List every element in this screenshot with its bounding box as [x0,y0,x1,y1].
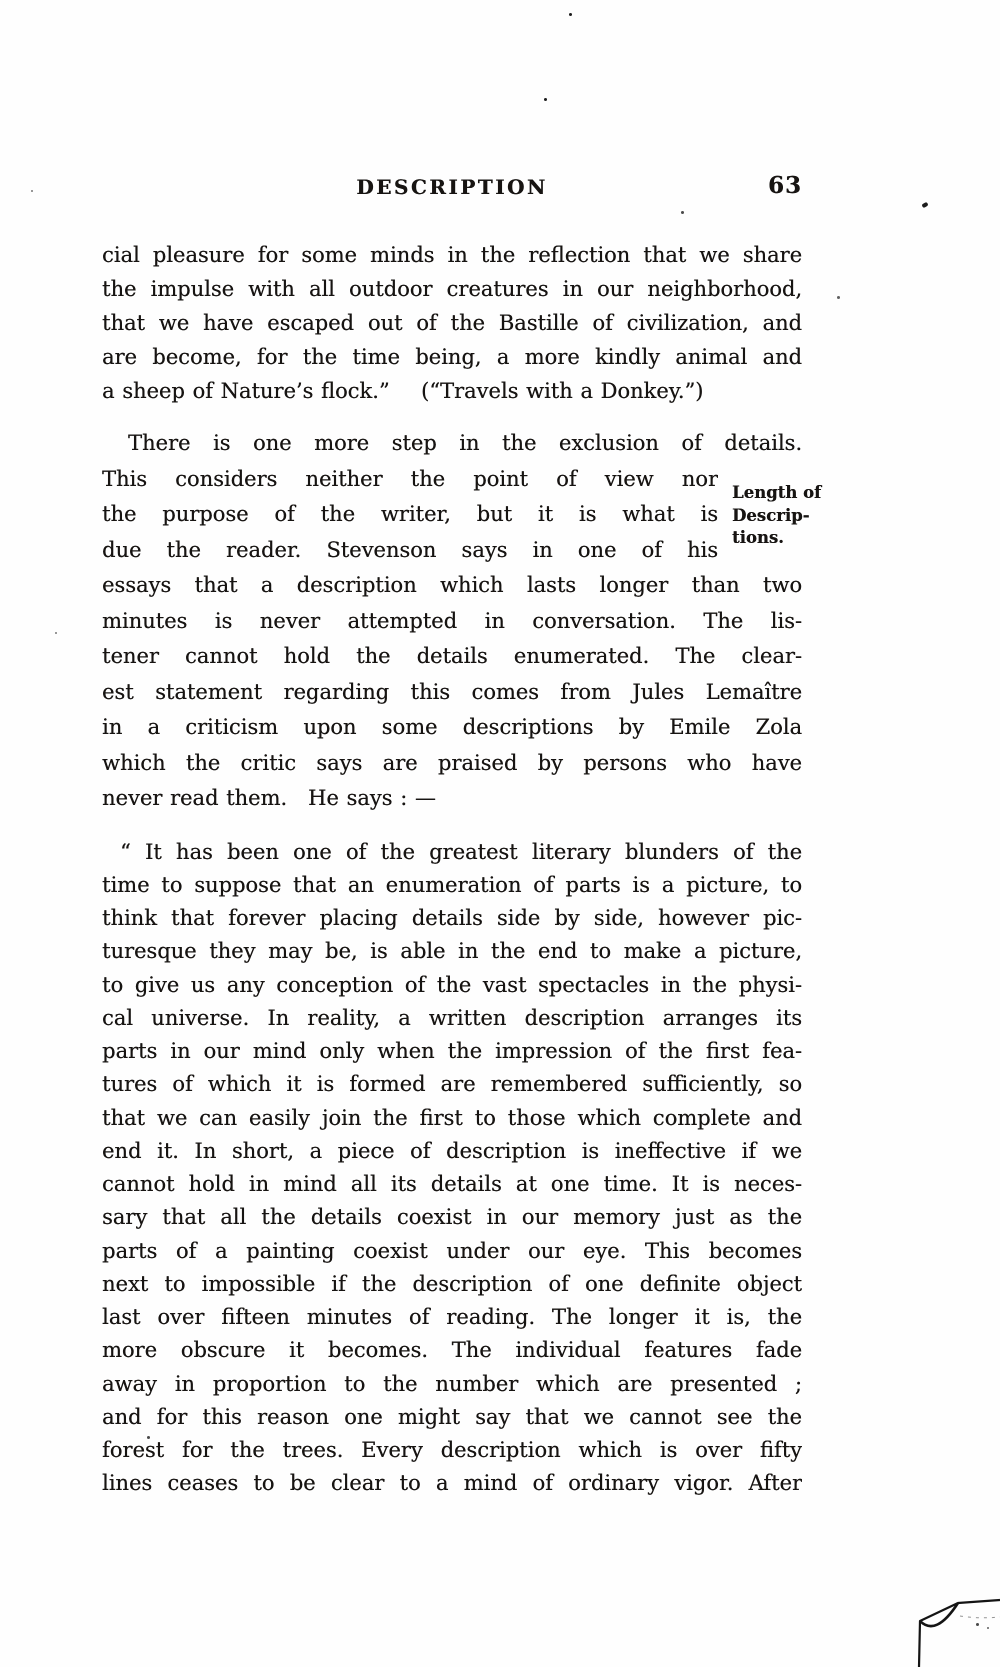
body-line: est statement regarding this comes from … [102,675,802,711]
sidenote-line: tions. [732,527,862,550]
body-line: cal universe. In reality, a written desc… [102,1002,802,1035]
book-page-scan: DESCRIPTION 63 cial pleasure for some mi… [0,0,1000,1667]
body-line: in a criticism upon some descriptions by… [102,710,802,746]
scan-speck [681,211,684,214]
scan-speck [420,1447,422,1449]
body-line: think that forever placing details side … [102,902,802,935]
body-line: “ It has been one of the greatest litera… [102,836,802,869]
paragraph-continuation: cial pleasure for some minds in the refl… [102,238,802,408]
body-text: cial pleasure for some minds in the refl… [102,238,802,1501]
body-line: the impulse with all outdoor creatures i… [102,272,802,306]
body-line: There is one more step in the exclusion … [102,426,802,462]
body-line: tures of which it is formed are remember… [102,1068,802,1101]
body-line: forest for the trees. Every description … [102,1434,802,1467]
scan-speck [31,190,33,192]
page-number: 63 [768,171,802,201]
page-corner-fold-artifact [860,1585,1000,1667]
body-line: away in proportion to the number which a… [102,1368,802,1401]
body-line: never read them. He says : — [102,781,802,817]
narrowed-lines-block: This considers neither the point of view… [102,462,718,569]
scan-speck [147,1436,150,1439]
running-head-title: DESCRIPTION [102,172,802,202]
body-line: minutes is never attempted in conversati… [102,604,802,640]
body-line: more obscure it becomes. The individual … [102,1334,802,1367]
body-line: are become, for the time being, a more k… [102,340,802,374]
scan-speck [569,13,572,16]
body-line: tener cannot hold the details enumerated… [102,639,802,675]
body-line: and for this reason one might say that w… [102,1401,802,1434]
body-line: This considers neither the point of view… [102,462,718,498]
sidenote-line: Descrip- [732,505,862,528]
running-head: DESCRIPTION 63 [102,172,802,202]
scan-speck [837,296,840,299]
body-line: lines ceases to be clear to a mind of or… [102,1467,802,1500]
body-line: essays that a description which lasts lo… [102,568,802,604]
scan-speck [544,98,547,101]
sidenote-line: Length of [732,482,862,505]
body-line: cial pleasure for some minds in the refl… [102,238,802,272]
paragraph-with-sidenote: There is one more step in the exclusion … [102,426,802,817]
scan-speck [55,632,57,634]
margin-sidenote: Length of Descrip- tions. [732,482,862,550]
body-line: a sheep of Nature’s flock.” (“Travels wi… [102,374,802,408]
body-line: parts of a painting coexist under our ey… [102,1235,802,1268]
scan-speck [921,202,928,208]
body-line: sary that all the details coexist in our… [102,1201,802,1234]
body-line: that we can easily join the first to tho… [102,1102,802,1135]
body-line: which the critic says are praised by per… [102,746,802,782]
body-line: to give us any conception of the vast sp… [102,969,802,1002]
body-line: that we have escaped out of the Bastille… [102,306,802,340]
body-line: cannot hold in mind all its details at o… [102,1168,802,1201]
body-line: the purpose of the writer, but it is wha… [102,497,718,533]
body-line: time to suppose that an enumeration of p… [102,869,802,902]
body-line: due the reader. Stevenson says in one of… [102,533,718,569]
body-line: last over fifteen minutes of reading. Th… [102,1301,802,1334]
body-line: parts in our mind only when the impressi… [102,1035,802,1068]
body-line: end it. In short, a piece of description… [102,1135,802,1168]
body-line: next to impossible if the description of… [102,1268,802,1301]
body-line: turesque they may be, is able in the end… [102,935,802,968]
quotation-paragraph: “ It has been one of the greatest litera… [102,836,802,1501]
